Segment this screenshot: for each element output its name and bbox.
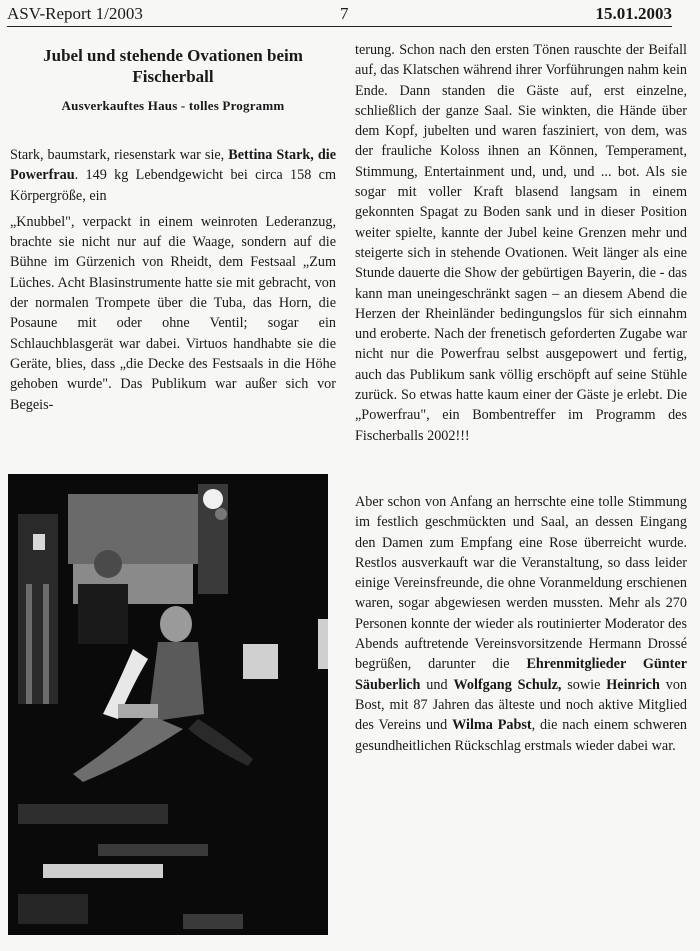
article-subtitle: Ausverkauftes Haus - tolles Programm — [10, 97, 336, 115]
right-column: terung. Schon nach den ersten Tönen raus… — [355, 40, 687, 756]
article-title: Jubel und stehende Ovationen beim Fische… — [10, 45, 336, 87]
honorary-member-2: Wolfgang Schulz, — [453, 677, 561, 693]
paragraph-intro: Stark, baumstark, riesenstark war sie, B… — [10, 145, 336, 206]
text-run: sowie — [561, 677, 606, 693]
article-title-line-2: Fischerball — [10, 66, 336, 87]
photo-image — [8, 474, 328, 935]
text-run: und — [420, 677, 453, 693]
paragraph-instruments: „Knubbel", verpackt in einem weinroten L… — [10, 212, 336, 415]
text-run: Stark, baumstark, riesenstark war sie, — [10, 147, 228, 163]
left-column: Jubel und stehende Ovationen beim Fische… — [10, 40, 336, 415]
publication-name: ASV-Report 1/2003 — [7, 2, 143, 26]
paragraph-guests: Aber schon von Anfang an herrschte eine … — [355, 492, 687, 756]
text-run: Aber schon von Anfang an herrschte eine … — [355, 494, 687, 672]
article-title-line-1: Jubel und stehende Ovationen beim — [10, 45, 336, 66]
member-name: Wilma Pabst — [452, 717, 532, 733]
page-header: ASV-Report 1/2003 7 15.01.2003 — [7, 2, 672, 27]
page-number: 7 — [340, 2, 349, 26]
paragraph-ovations: terung. Schon nach den ersten Tönen raus… — [355, 40, 687, 446]
oldest-member-name: Heinrich — [606, 677, 660, 693]
performer-photo — [8, 474, 328, 935]
issue-date: 15.01.2003 — [596, 2, 673, 26]
